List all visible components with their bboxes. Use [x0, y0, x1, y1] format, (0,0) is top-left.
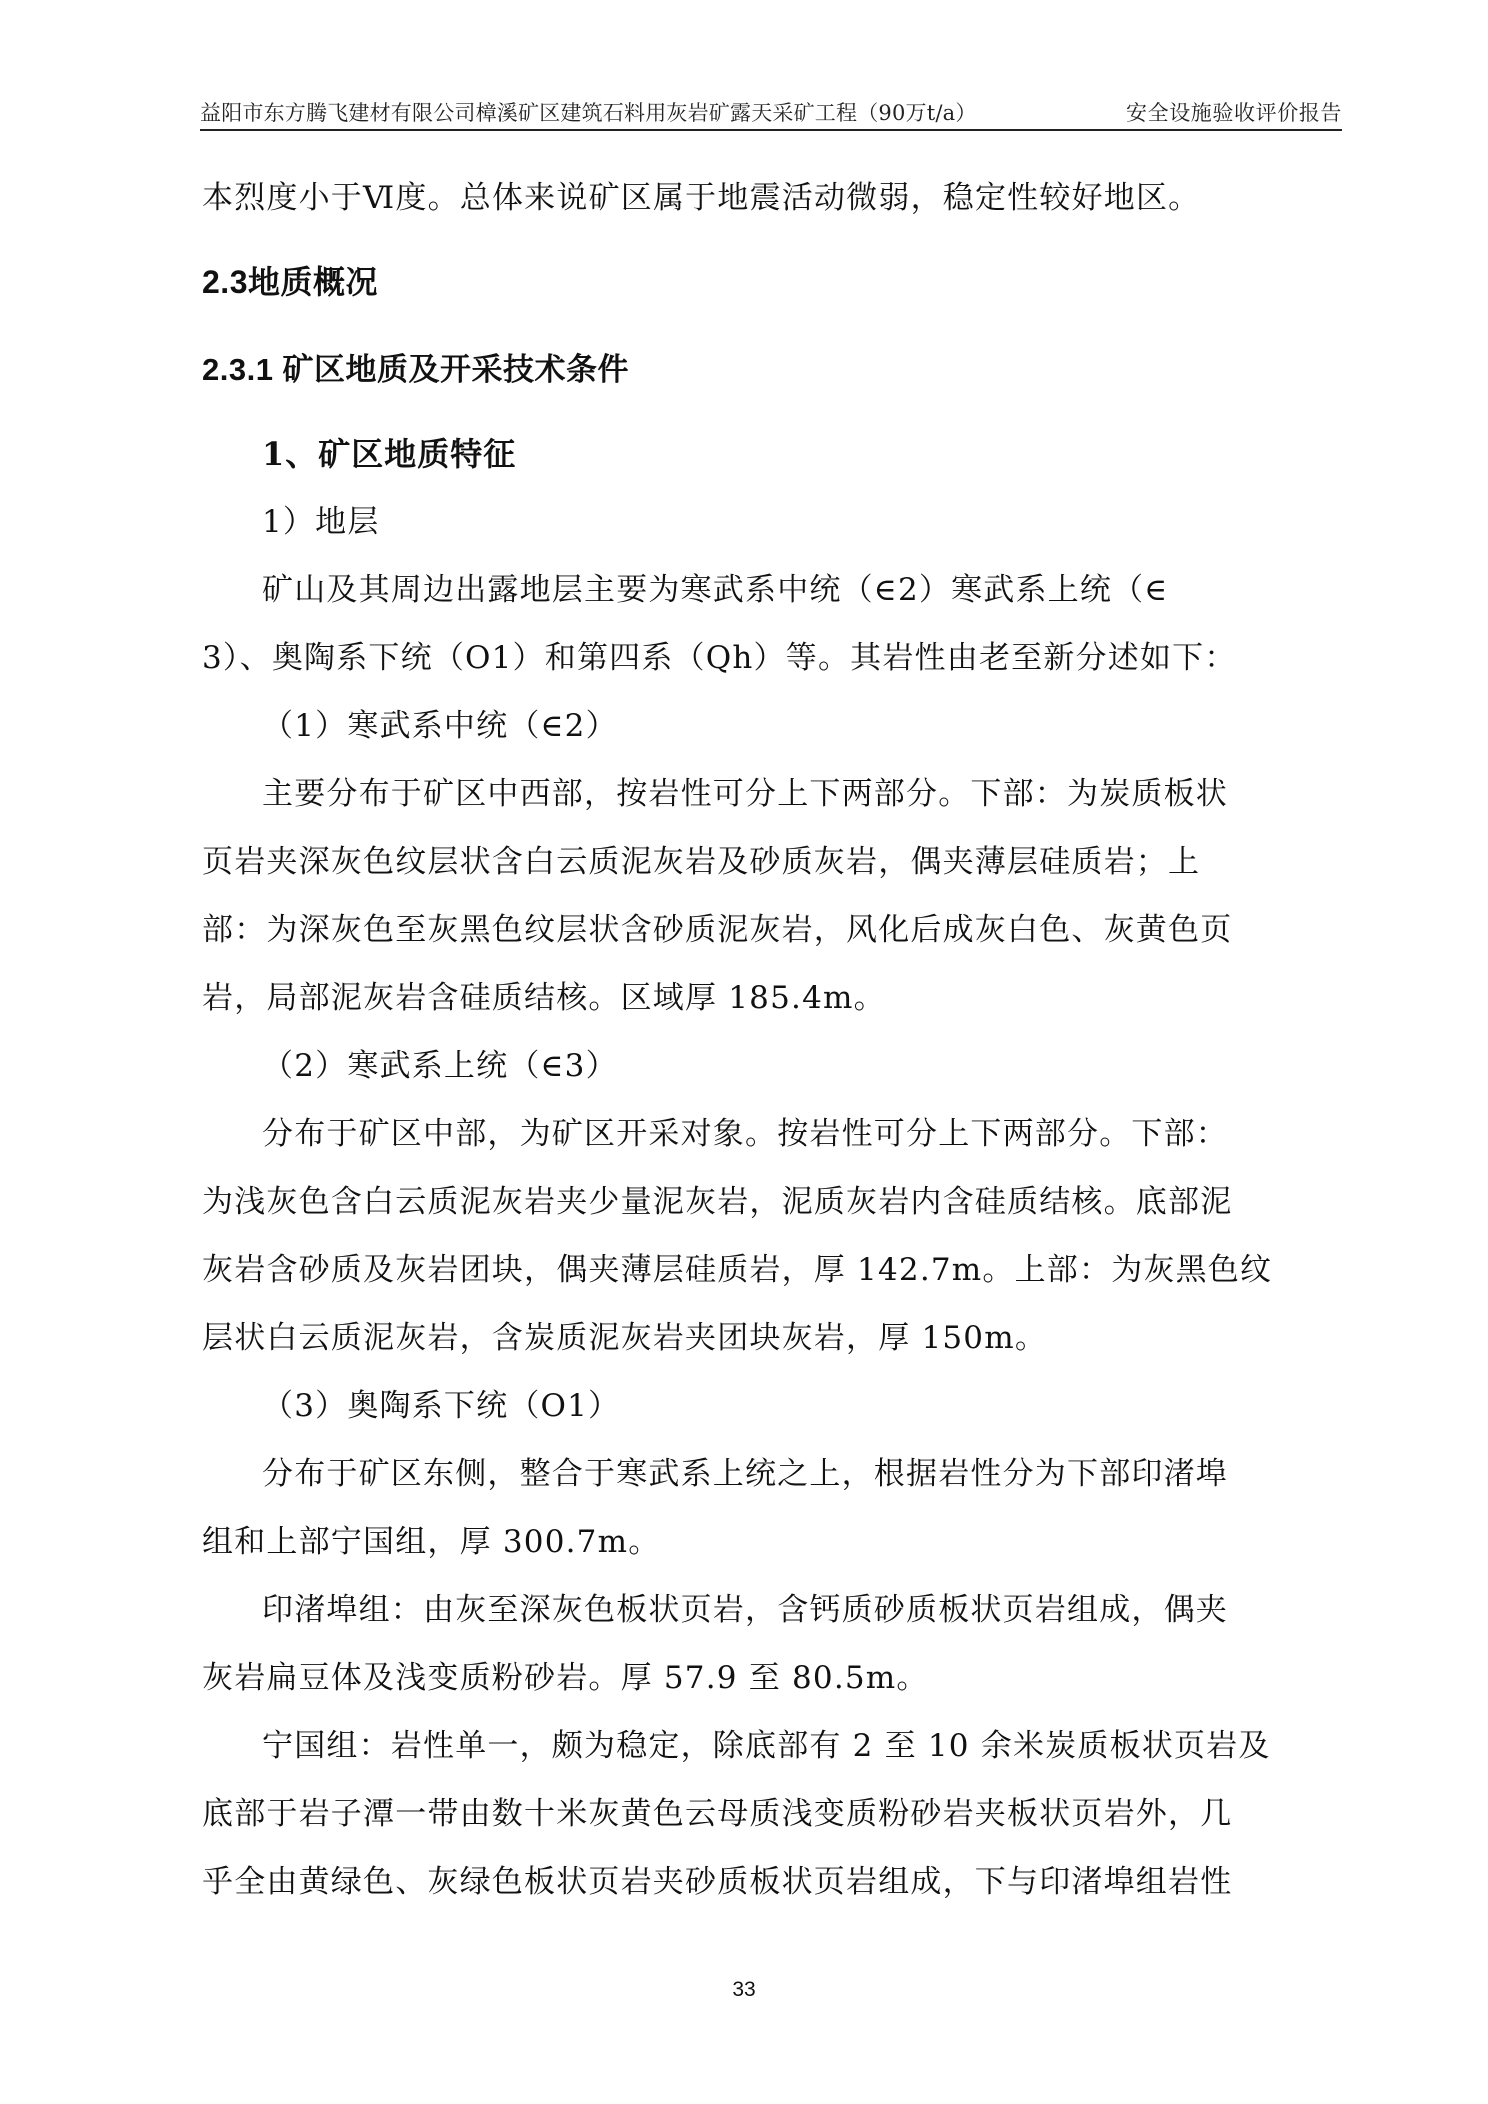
subsection-heading: 2.3.1 矿区地质及开采技术条件	[202, 350, 629, 390]
paragraph-line: 岩，局部泥灰岩含硅质结核。区域厚 185.4m。	[202, 978, 886, 1018]
paragraph-line: 底部于岩子潭一带由数十米灰黄色云母质浅变质粉砂岩夹板状页岩外，几	[202, 1794, 1232, 1834]
page-header: 益阳市东方腾飞建材有限公司樟溪矿区建筑石料用灰岩矿露天采矿工程（90万t/a） …	[200, 95, 1342, 131]
paragraph-line: 矿山及其周边出露地层主要为寒武系中统（∈2）寒武系上统（∈	[262, 570, 1168, 610]
document-page: 益阳市东方腾飞建材有限公司樟溪矿区建筑石料用灰岩矿露天采矿工程（90万t/a） …	[0, 0, 1488, 2104]
paragraph-line: 部：为深灰色至灰黑色纹层状含砂质泥灰岩，风化后成灰白色、灰黄色页	[202, 910, 1232, 950]
paragraph-continuation: 本烈度小于Ⅵ度。总体来说矿区属于地震活动微弱，稳定性较好地区。	[202, 178, 1200, 218]
paragraph-line: 页岩夹深灰色纹层状含白云质泥灰岩及砂质灰岩，偶夹薄层硅质岩；上	[202, 842, 1200, 882]
paragraph-line: 宁国组：岩性单一，颇为稳定，除底部有 2 至 10 余米炭质板状页岩及	[262, 1726, 1271, 1766]
unit-title: （3）奥陶系下统（O1）	[262, 1386, 620, 1426]
paragraph-line: 分布于矿区中部，为矿区开采对象。按岩性可分上下两部分。下部：	[262, 1114, 1228, 1154]
header-project-title: 益阳市东方腾飞建材有限公司樟溪矿区建筑石料用灰岩矿露天采矿工程（90万t/a）	[200, 97, 977, 127]
paragraph-line: 主要分布于矿区中西部，按岩性可分上下两部分。下部：为炭质板状	[262, 774, 1228, 814]
page-number: 33	[0, 1978, 1488, 2002]
paragraph-line: 印渚埠组：由灰至深灰色板状页岩，含钙质砂质板状页岩组成，偶夹	[262, 1590, 1228, 1630]
header-report-title: 安全设施验收评价报告	[1126, 97, 1342, 127]
sub-item-heading: 1）地层	[262, 502, 380, 542]
unit-title: （1）寒武系中统（∈2）	[262, 706, 618, 746]
paragraph-line: 为浅灰色含白云质泥灰岩夹少量泥灰岩，泥质灰岩内含硅质结核。底部泥	[202, 1182, 1232, 1222]
paragraph-line: 灰岩扁豆体及浅变质粉砂岩。厚 57.9 至 80.5m。	[202, 1658, 929, 1698]
paragraph-line: 组和上部宁国组，厚 300.7m。	[202, 1522, 660, 1562]
paragraph-line: 乎全由黄绿色、灰绿色板状页岩夹砂质板状页岩组成，下与印渚埠组岩性	[202, 1862, 1232, 1902]
unit-title: （2）寒武系上统（∈3）	[262, 1046, 618, 1086]
paragraph-line: 3）、奥陶系下统（O1）和第四系（Qh）等。其岩性由老至新分述如下：	[202, 638, 1237, 678]
item-heading: 1、矿区地质特征	[262, 434, 516, 474]
paragraph-line: 分布于矿区东侧，整合于寒武系上统之上，根据岩性分为下部印渚埠	[262, 1454, 1228, 1494]
paragraph-line: 层状白云质泥灰岩，含炭质泥灰岩夹团块灰岩，厚 150m。	[202, 1318, 1047, 1358]
paragraph-line: 灰岩含砂质及灰岩团块，偶夹薄层硅质岩，厚 142.7m。上部：为灰黑色纹	[202, 1250, 1272, 1290]
section-heading: 2.3地质概况	[202, 262, 378, 302]
